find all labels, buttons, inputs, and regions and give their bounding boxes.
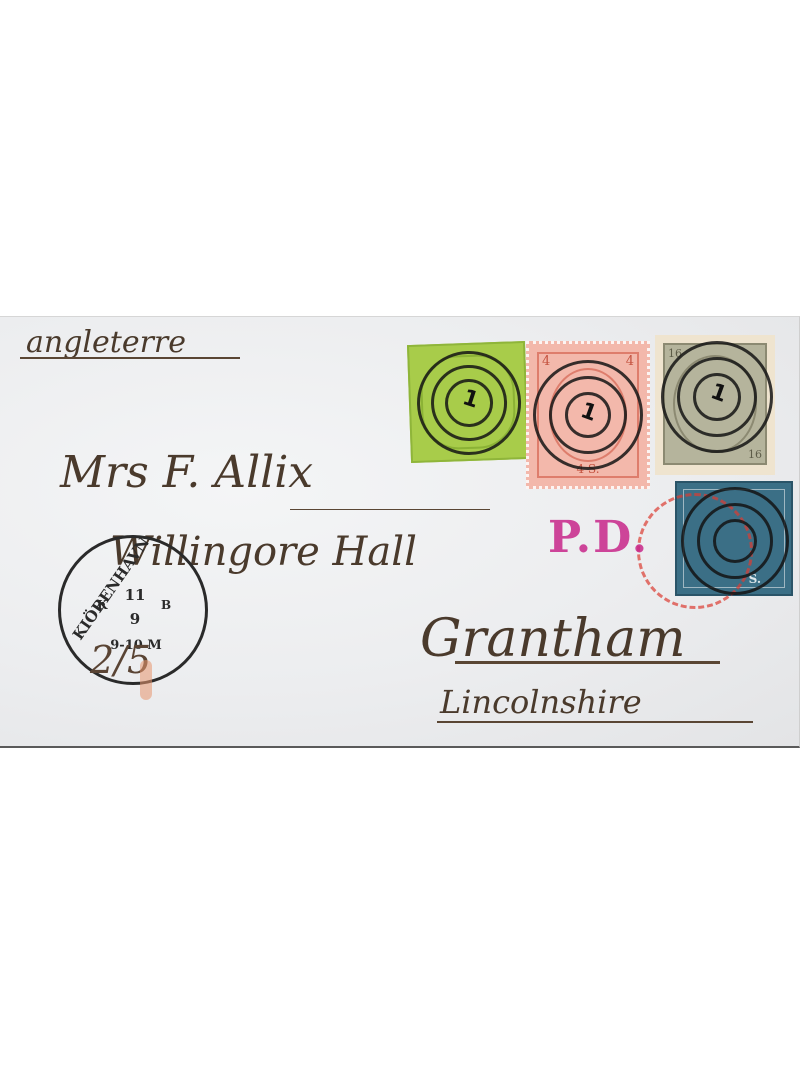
stamp-value-text: 4	[542, 354, 550, 369]
red-crayon-mark	[140, 660, 152, 700]
rose-stamp: 4 4 4 S. 1	[526, 341, 650, 489]
note-underline	[20, 357, 240, 359]
address-county: Lincolnshire	[440, 683, 642, 721]
datestamp-month: 9	[123, 610, 147, 628]
address-city: Grantham	[420, 609, 686, 669]
datestamp-day: 11	[123, 586, 147, 604]
datestamp-letter-right: B	[161, 598, 171, 612]
paid-handstamp: P.D.	[548, 512, 649, 563]
olive-stamp: 16 16 1	[655, 335, 775, 475]
addressee-name: Mrs F. Allix	[60, 447, 313, 498]
county-underline	[437, 721, 753, 723]
datestamp-letter-left: K	[97, 598, 107, 612]
destination-country-note: angleterre	[26, 325, 186, 360]
green-stamp: 1	[407, 341, 529, 463]
blue-stamp: S.	[675, 481, 793, 596]
city-underline	[455, 661, 720, 664]
addressee-underline	[290, 509, 490, 510]
